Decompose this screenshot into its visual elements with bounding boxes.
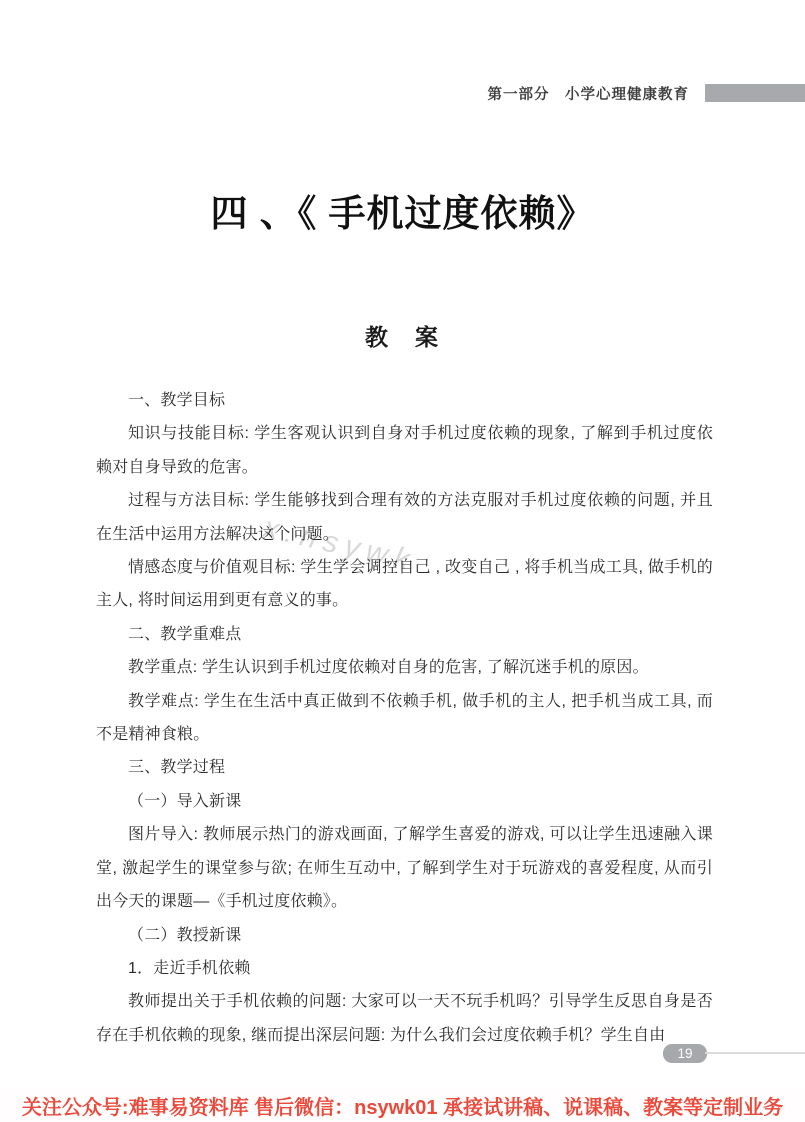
body-heading: （二）教授新课 (96, 919, 713, 952)
document-subtitle: 教 案 (0, 319, 805, 352)
body-heading: 一、教学目标 (96, 384, 713, 417)
body-heading: 1．走近手机依赖 (96, 952, 713, 985)
body-paragraph: 教学重点: 学生认识到手机过度依赖对自身的危害, 了解沉迷手机的原因。 (96, 651, 713, 684)
promo-footer-text: 关注公众号:难事易资料库 售后微信：nsywk01 承接试讲稿、说课稿、教案等定… (22, 1091, 783, 1120)
document-body: 一、教学目标 知识与技能目标: 学生客观认识到自身对手机过度依赖的现象, 了解到… (96, 384, 713, 1052)
body-paragraph: 过程与方法目标: 学生能够找到合理有效的方法克服对手机过度依赖的问题, 并且在生… (96, 484, 713, 551)
header-gray-bar (705, 84, 805, 102)
page-number-row: 19 (0, 1044, 805, 1064)
body-paragraph: 教师提出关于手机依赖的问题: 大家可以一天不玩手机吗？引导学生反思自身是否存在手… (96, 985, 713, 1052)
body-paragraph: 知识与技能目标: 学生客观认识到自身对手机过度依赖的现象, 了解到手机过度依赖对… (96, 417, 713, 484)
body-paragraph: 情感态度与价值观目标: 学生学会调控自己 , 改变自己 , 将手机当成工具, 做… (96, 551, 713, 618)
body-paragraph: 图片导入: 教师展示热门的游戏画面, 了解学生喜爱的游戏, 可以让学生迅速融入课… (96, 818, 713, 918)
body-paragraph: 教学难点: 学生在生活中真正做到不依赖手机, 做手机的主人, 把手机当成工具, … (96, 685, 713, 752)
body-heading: 二、教学重难点 (96, 618, 713, 651)
document-title: 四 、《 手机过度依赖》 (0, 183, 805, 237)
promo-footer: 关注公众号:难事易资料库 售后微信：nsywk01 承接试讲稿、说课稿、教案等定… (0, 1089, 805, 1122)
document-page: 第一部分 小学心理健康教育 四 、《 手机过度依赖》 教 案 x.nsywk 一… (0, 0, 805, 1122)
body-heading: 三、教学过程 (96, 751, 713, 784)
page-number-rule (705, 1052, 805, 1054)
body-heading: （一）导入新课 (96, 785, 713, 818)
header-section-label: 第一部分 小学心理健康教育 (488, 83, 690, 104)
page-header: 第一部分 小学心理健康教育 (0, 83, 805, 103)
page-number-badge: 19 (663, 1044, 707, 1063)
